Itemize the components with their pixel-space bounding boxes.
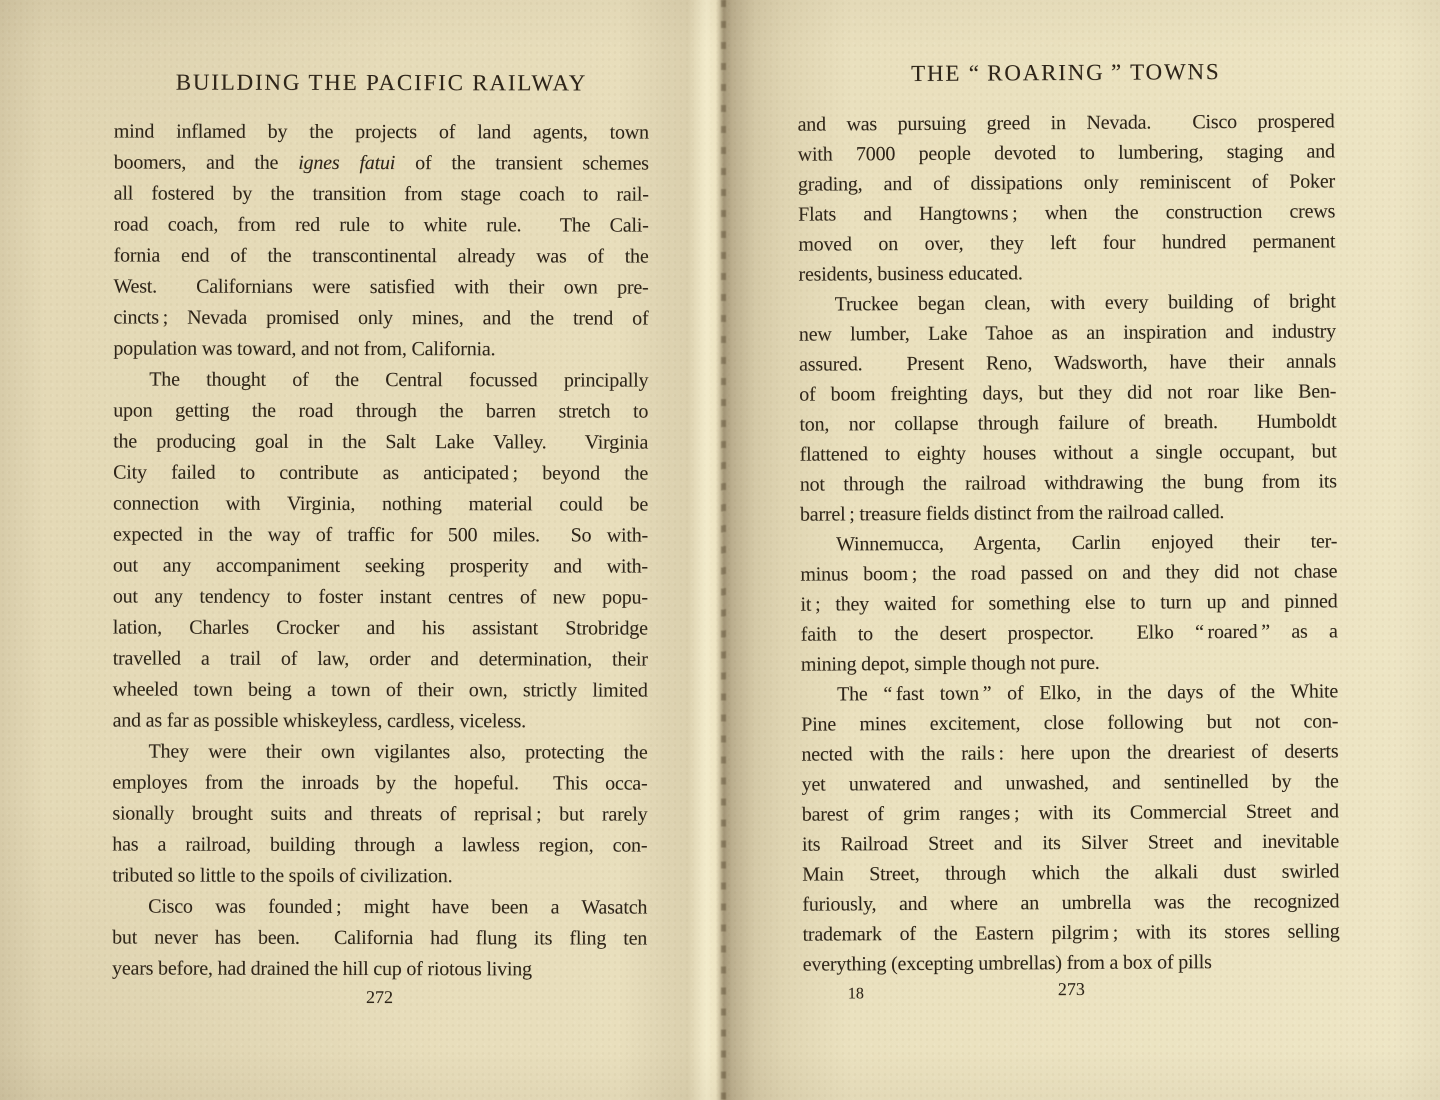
paragraph: Winnemucca, Argenta, Carlin enjoyed thei… bbox=[800, 526, 1338, 679]
text-line: everything (excepting umbrellas) from a … bbox=[803, 946, 1340, 979]
text-line: with 7000 people devoted to lumbering, s… bbox=[798, 136, 1335, 169]
text-line: residents, business educated. bbox=[798, 256, 1335, 289]
text-line: Truckee began clean, with every building… bbox=[799, 286, 1336, 319]
text-line: assured. Present Reno, Wadsworth, have t… bbox=[799, 346, 1336, 379]
text-line: moved on over, they left four hundred pe… bbox=[798, 226, 1335, 259]
text-line: Main Street, through which the alkali du… bbox=[802, 856, 1339, 889]
text-line: nected with the rails : here upon the dr… bbox=[801, 736, 1338, 769]
text-line: it ; they waited for something else to t… bbox=[800, 586, 1337, 619]
paragraph: The “ fast town ” of Elko, in the days o… bbox=[801, 676, 1340, 979]
text-line: barest of grim ranges ; with its Commerc… bbox=[802, 796, 1339, 829]
text-line: trademark of the Eastern pilgrim ; with … bbox=[802, 916, 1339, 949]
text-line: yet unwatered and unwashed, and sentinel… bbox=[802, 766, 1339, 799]
text-line: ton, nor collapse through failure of bre… bbox=[799, 406, 1336, 439]
text-line: The “ fast town ” of Elko, in the days o… bbox=[801, 676, 1338, 709]
right-running-head: THE “ ROARING ” TOWNS bbox=[797, 58, 1334, 87]
text-line: and was pursuing greed in Nevada. Cisco … bbox=[797, 106, 1334, 139]
text-line: Pine mines excitement, close following b… bbox=[801, 706, 1338, 739]
text-line: not through the railroad withdrawing the… bbox=[800, 466, 1337, 499]
text-line: flattened to eighty houses without a sin… bbox=[800, 436, 1337, 469]
right-text-block: and was pursuing greed in Nevada. Cisco … bbox=[797, 106, 1339, 979]
right-page-number: 273 bbox=[803, 977, 1340, 1001]
text-line: Flats and Hangtowns ; when the construct… bbox=[798, 196, 1335, 229]
text-line: furiously, and where an umbrella was the… bbox=[802, 886, 1339, 919]
text-line: of boom freighting days, but they did no… bbox=[799, 376, 1336, 409]
book-spread: BUILDING THE PACIFIC RAILWAY mind inflam… bbox=[0, 0, 1440, 1100]
text-line: mining depot, simple though not pure. bbox=[801, 646, 1338, 679]
paragraph: and was pursuing greed in Nevada. Cisco … bbox=[797, 106, 1335, 289]
text-line: faith to the desert prospector. Elko “ r… bbox=[801, 616, 1338, 649]
paragraph: Truckee began clean, with every building… bbox=[799, 286, 1337, 529]
text-line: grading, and of dissipations only remini… bbox=[798, 166, 1335, 199]
text-line: new lumber, Lake Tahoe as an inspiration… bbox=[799, 316, 1336, 349]
text-line: minus boom ; the road passed on and they… bbox=[800, 556, 1337, 589]
text-line: Winnemucca, Argenta, Carlin enjoyed thei… bbox=[800, 526, 1337, 559]
text-line: barrel ; treasure fields distinct from t… bbox=[800, 496, 1337, 529]
text-line: its Railroad Street and its Silver Stree… bbox=[802, 826, 1339, 859]
right-page: THE “ ROARING ” TOWNS and was pursuing g… bbox=[0, 0, 1440, 1100]
